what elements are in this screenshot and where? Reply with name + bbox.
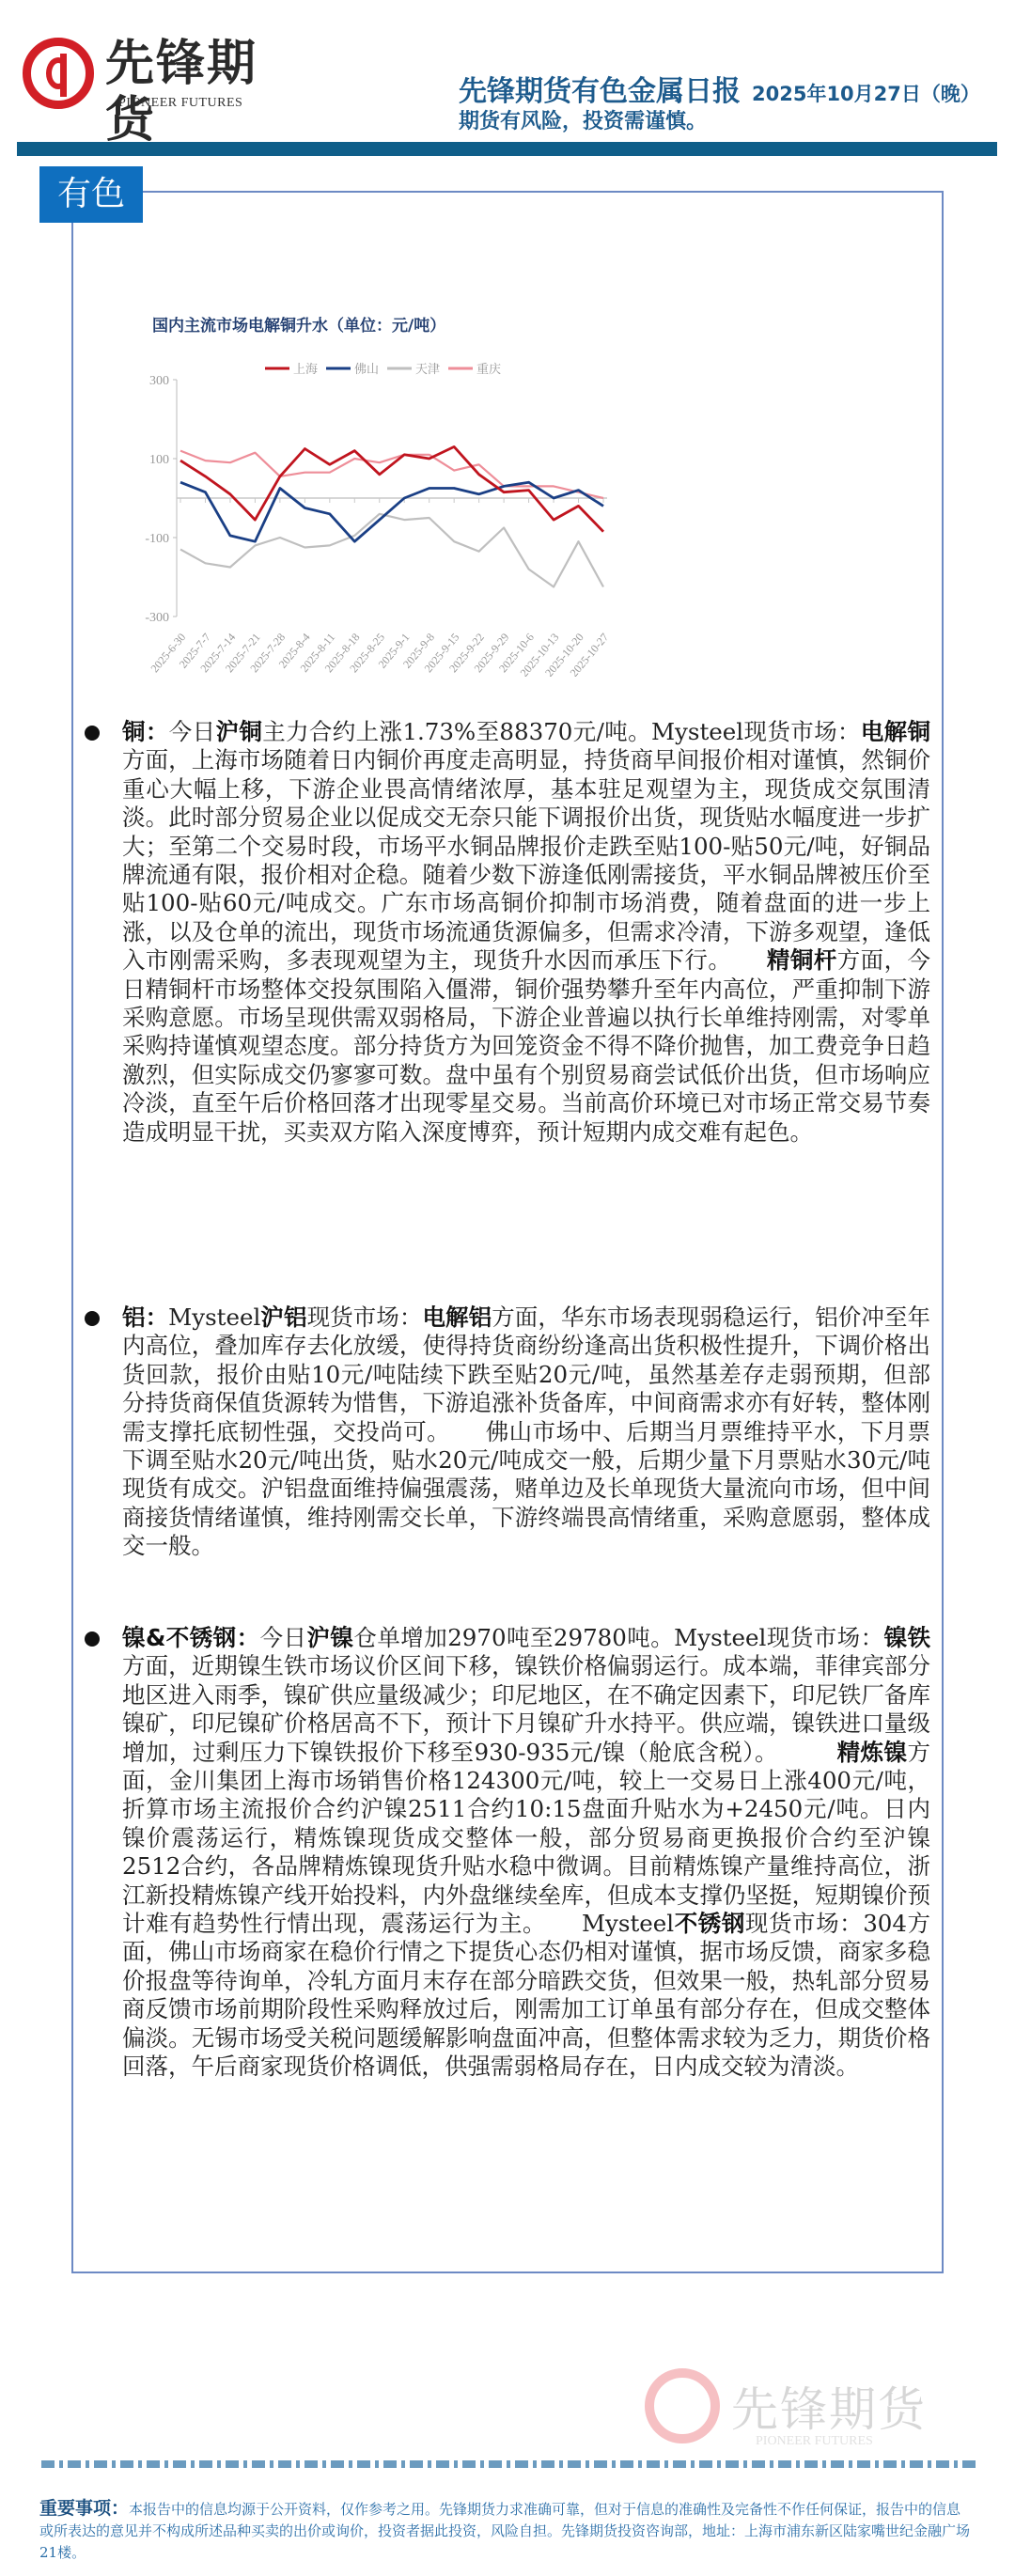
report-title-text: 先锋期货有色金属日报	[459, 75, 741, 108]
logo-chinese-name: 先锋期货	[105, 36, 295, 148]
keyword: 铝：	[122, 1304, 168, 1331]
legend-label: 佛山	[354, 362, 379, 377]
chart-title: 国内主流市场电解铜升水（单位：元/吨）	[152, 312, 445, 336]
keyword: 镍铁	[884, 1624, 930, 1651]
keyword: 电解铝	[422, 1304, 492, 1331]
text-run: 主力合约上涨1.73%至88370元/吨。Mysteel现货市场：	[262, 718, 861, 745]
copper-text: 铜：今日沪铜主力合约上涨1.73%至88370元/吨。Mysteel现货市场：电…	[122, 718, 930, 1147]
text-run: 今日	[260, 1624, 307, 1651]
watermark-english-name: PIONEER FUTURES	[756, 2434, 873, 2449]
text-run: 方面，华东市场表现弱稳运行，铝价冲至年内高位，叠加库存去化放缓，使得持货商纷纷逢…	[122, 1304, 930, 1559]
series-line-重庆	[180, 451, 603, 498]
nickel-stainless-section: 镍&不锈钢：今日沪镍仓单增加2970吨至29780吨。Mysteel现货市场：镍…	[85, 1624, 930, 2082]
series-line-佛山	[180, 482, 603, 541]
x-tick-label: 2025-6-30	[148, 631, 188, 675]
risk-warning: 期货有风险，投资需谨慎。	[459, 105, 707, 134]
keyword: 沪铝	[260, 1304, 306, 1331]
report-date: 2025年10月27日（晚）	[752, 83, 980, 105]
y-tick-label: 100	[149, 453, 169, 467]
text-run: 方面，今日精铜杆市场整体交投氛围陷入僵滞，铜价强势攀升至年内高位，严重抑制下游采…	[122, 946, 930, 1145]
disclaimer-label: 重要事项：	[39, 2498, 129, 2519]
report-title: 先锋期货有色金属日报2025年10月27日（晚）	[459, 68, 980, 109]
y-tick-label: 300	[149, 374, 169, 388]
legend-label: 天津	[415, 362, 440, 377]
text-run: 方面，金川集团上海市场销售价格124300元/吨，较上一交易日上涨400元/吨，…	[122, 1739, 930, 1937]
bullet-icon	[85, 1311, 100, 1326]
aluminum-section: 铝：Mysteel沪铝现货市场：电解铝方面，华东市场表现弱稳运行，铝价冲至年内高…	[85, 1304, 930, 1561]
footer-dashed-divider	[41, 2460, 976, 2468]
keyword: 精炼镍	[837, 1739, 908, 1766]
company-logo: 先锋期货 PIONEER FUTURES	[23, 34, 295, 118]
text-run: Mysteel	[168, 1304, 260, 1331]
section-tag: 有色	[39, 166, 143, 223]
keyword: 镍&不锈钢：	[122, 1624, 260, 1651]
aluminum-text: 铝：Mysteel沪铝现货市场：电解铝方面，华东市场表现弱稳运行，铝价冲至年内高…	[122, 1304, 930, 1561]
copper-section: 铜：今日沪铜主力合约上涨1.73%至88370元/吨。Mysteel现货市场：电…	[85, 718, 930, 1147]
nickel-text: 镍&不锈钢：今日沪镍仓单增加2970吨至29780吨。Mysteel现货市场：镍…	[122, 1624, 930, 2082]
bullet-icon	[85, 1631, 100, 1647]
watermark-chinese-name: 先锋期货	[731, 2372, 927, 2440]
watermark-logo: 先锋期货 PIONEER FUTURES	[645, 2368, 945, 2453]
legend-label: 上海	[293, 363, 318, 377]
text-run: 现货市场：	[307, 1304, 423, 1331]
disclaimer-text: 本报告中的信息均源于公开资料，仅作参考之用。先锋期货力求准确可靠，但对于信息的准…	[39, 2501, 970, 2561]
disclaimer: 重要事项：本报告中的信息均源于公开资料，仅作参考之用。先锋期货力求准确可靠，但对…	[39, 2498, 970, 2564]
copper-premium-line-chart: 上海佛山天津重庆300100-100-3002025-6-302025-7-72…	[132, 357, 883, 677]
keyword: 不锈钢	[674, 1910, 745, 1937]
text-run: 方面，上海市场随着日内铜价再度走高明显，持货商早间报价相对谨慎，然铜价重心大幅上…	[122, 746, 930, 974]
watermark-emblem-icon	[645, 2368, 720, 2443]
keyword: 电解铜	[861, 718, 930, 745]
y-tick-label: -100	[145, 532, 169, 546]
logo-english-name: PIONEER FUTURES	[118, 96, 242, 111]
text-run: 今日	[169, 718, 216, 745]
bullet-icon	[85, 726, 100, 741]
keyword: 沪铜	[215, 718, 262, 745]
y-tick-label: -300	[145, 611, 169, 625]
text-run: 方面，近期镍生铁市场议价区间下移，镍铁价格偏弱运行。成本端，菲律宾部分地区进入雨…	[122, 1652, 930, 1765]
keyword: 精铜杆	[767, 946, 837, 974]
header-divider-bar	[17, 142, 997, 156]
series-line-天津	[180, 514, 603, 587]
keyword: 铜：	[122, 718, 169, 745]
legend-label: 重庆	[476, 362, 501, 377]
logo-emblem-icon	[23, 38, 94, 109]
keyword: 沪镍	[306, 1624, 353, 1651]
text-run: 仓单增加2970吨至29780吨。Mysteel现货市场：	[353, 1624, 883, 1651]
